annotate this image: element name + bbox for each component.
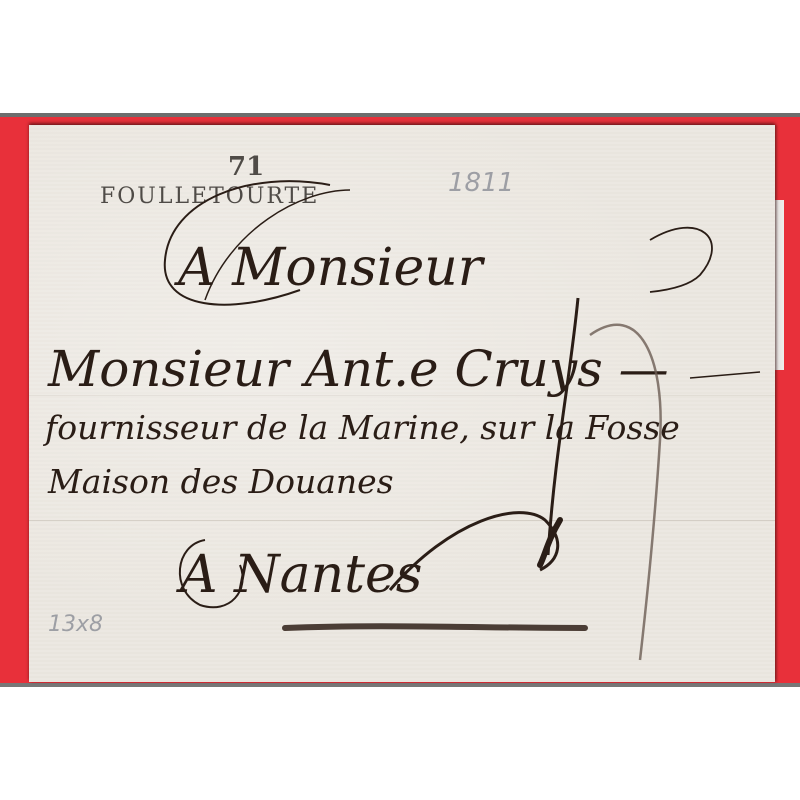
pencil-dimensions-note: 13x8: [48, 612, 103, 637]
postmark-town-name: FOULLETOURTE: [100, 184, 319, 209]
address-line-salutation: A Monsieur: [178, 238, 483, 298]
address-line-building: Maison des Douanes: [48, 462, 394, 501]
postmark-department-number: 71: [228, 152, 264, 182]
mat-bottom-shadow: [0, 683, 800, 687]
address-line-occupation: fournisseur de la Marine, sur la Fosse: [45, 408, 680, 447]
address-line-recipient: Monsieur Ant.e Cruys —: [48, 340, 669, 398]
mat-top-shadow: [0, 113, 800, 117]
pencil-year-note: 1811: [448, 168, 514, 198]
paper-fold-line: [29, 520, 775, 521]
address-line-city: A Nantes: [180, 545, 422, 605]
